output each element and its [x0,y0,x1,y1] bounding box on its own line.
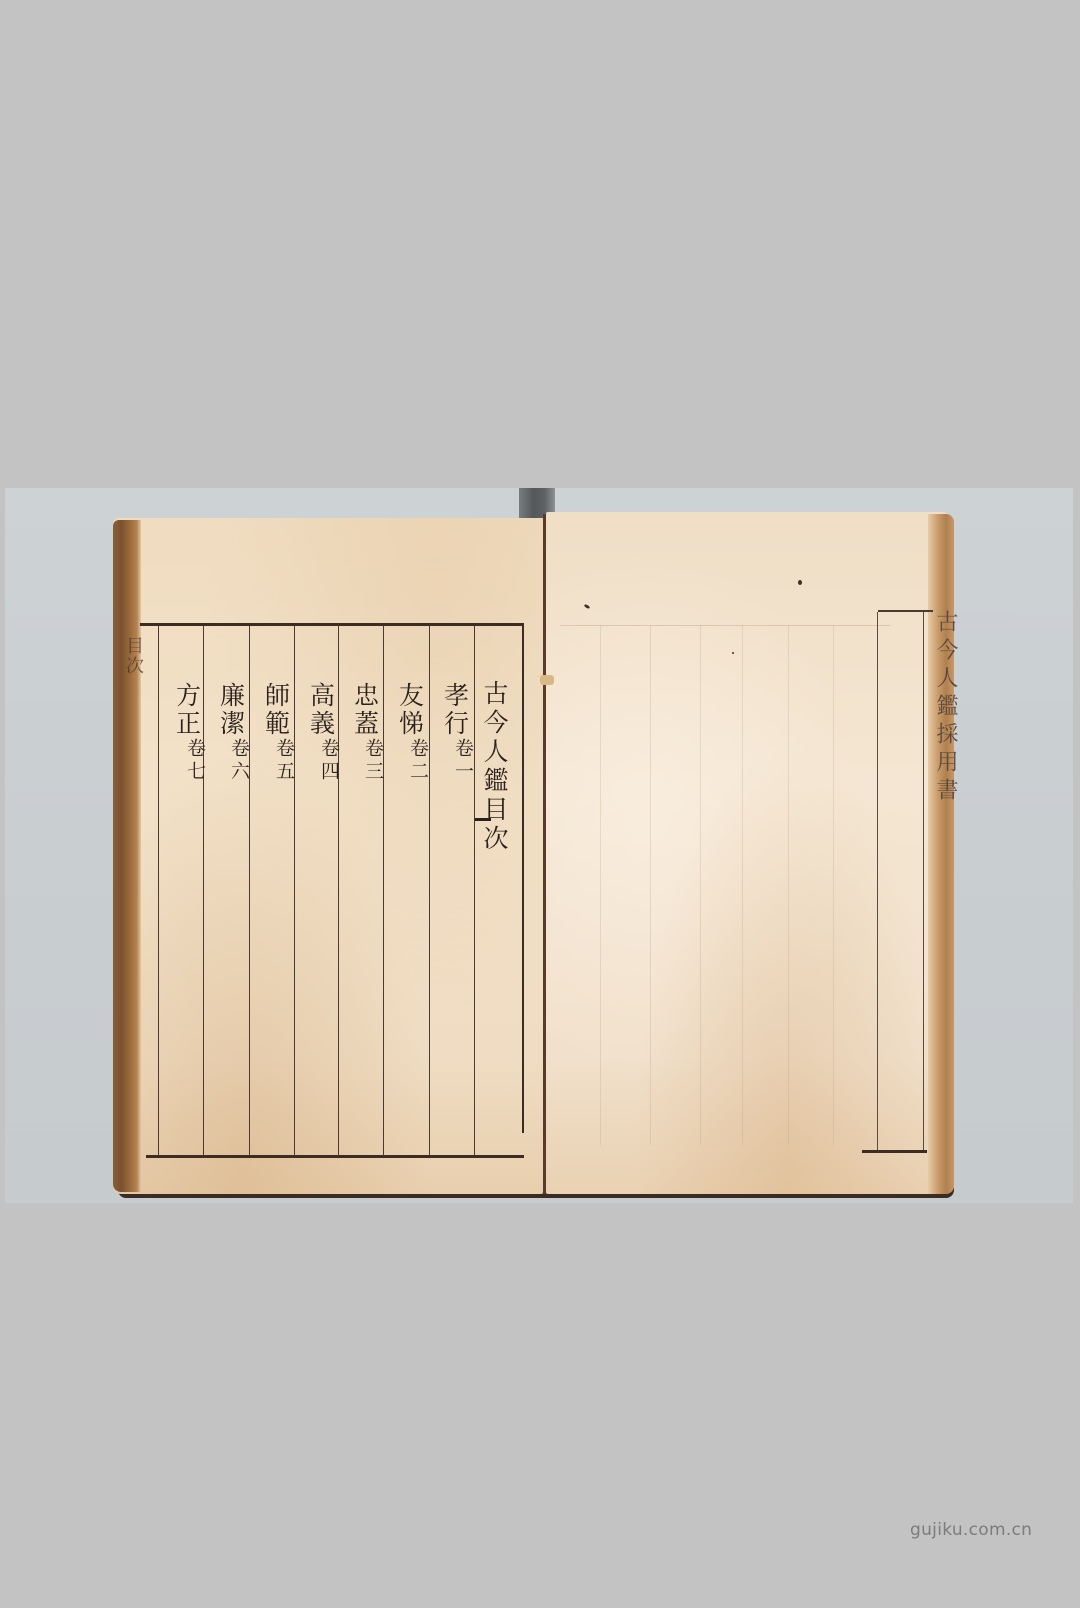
toc-entry: 師範 卷五 [253,682,298,784]
right-frame-bottom [862,1150,927,1153]
ghost-column-rule [742,625,743,1145]
toc-entry-name: 方正 [169,682,205,738]
ghost-column-rule [700,625,701,1145]
left-book-edge [113,520,141,1192]
ink-speck [798,580,802,585]
center-gutter [543,514,546,1194]
watermark: gujiku.com.cn [910,1520,1032,1540]
fold-margin-text: 目次 [120,636,146,676]
toc-entry-volume: 卷五 [271,738,298,784]
toc-entry-name: 忠蓋 [347,682,383,738]
left-frame-top [140,623,524,626]
toc-entry-volume: 卷一 [450,738,477,784]
binding-string [540,675,554,685]
toc-entry: 孝行 卷一 [432,682,477,784]
toc-entry-volume: 卷二 [405,738,432,784]
ghost-frame-top [560,625,890,626]
ghost-column-rule [833,625,834,1145]
right-column-rule [923,612,924,1150]
ghost-column-rule [788,625,789,1145]
toc-entry: 廉潔 卷六 [208,682,253,784]
toc-entry: 方正 卷七 [164,682,209,784]
toc-entry-volume: 卷七 [182,738,209,784]
toc-entry: 友悌 卷二 [387,682,432,784]
edge-title-text: 古今人鑑採用書 [930,610,961,806]
left-frame-right [522,623,524,1133]
toc-entry-volume: 卷四 [316,738,343,784]
toc-entry: 忠蓋 卷三 [342,682,387,784]
ghost-column-rule [600,625,601,1145]
column-rule [158,626,159,1156]
toc-entry-volume: 卷三 [360,738,387,784]
right-page [546,512,950,1194]
ink-speck [732,652,734,654]
ghost-column-rule [650,625,651,1145]
toc-entry-name: 高義 [303,682,339,738]
right-frame-top [878,610,933,612]
page-title: 古今人鑑目次 [476,680,512,854]
toc-entry-volume: 卷六 [226,738,253,784]
toc-entry-name: 師範 [258,682,294,738]
toc-entry-name: 孝行 [437,682,473,738]
left-page [113,518,543,1194]
toc-entry-name: 廉潔 [213,682,249,738]
fish-tail-mark [475,818,491,821]
toc-entry-name: 友悌 [392,682,428,738]
toc-entry: 高義 卷四 [298,682,343,784]
right-column-rule [877,612,878,1150]
